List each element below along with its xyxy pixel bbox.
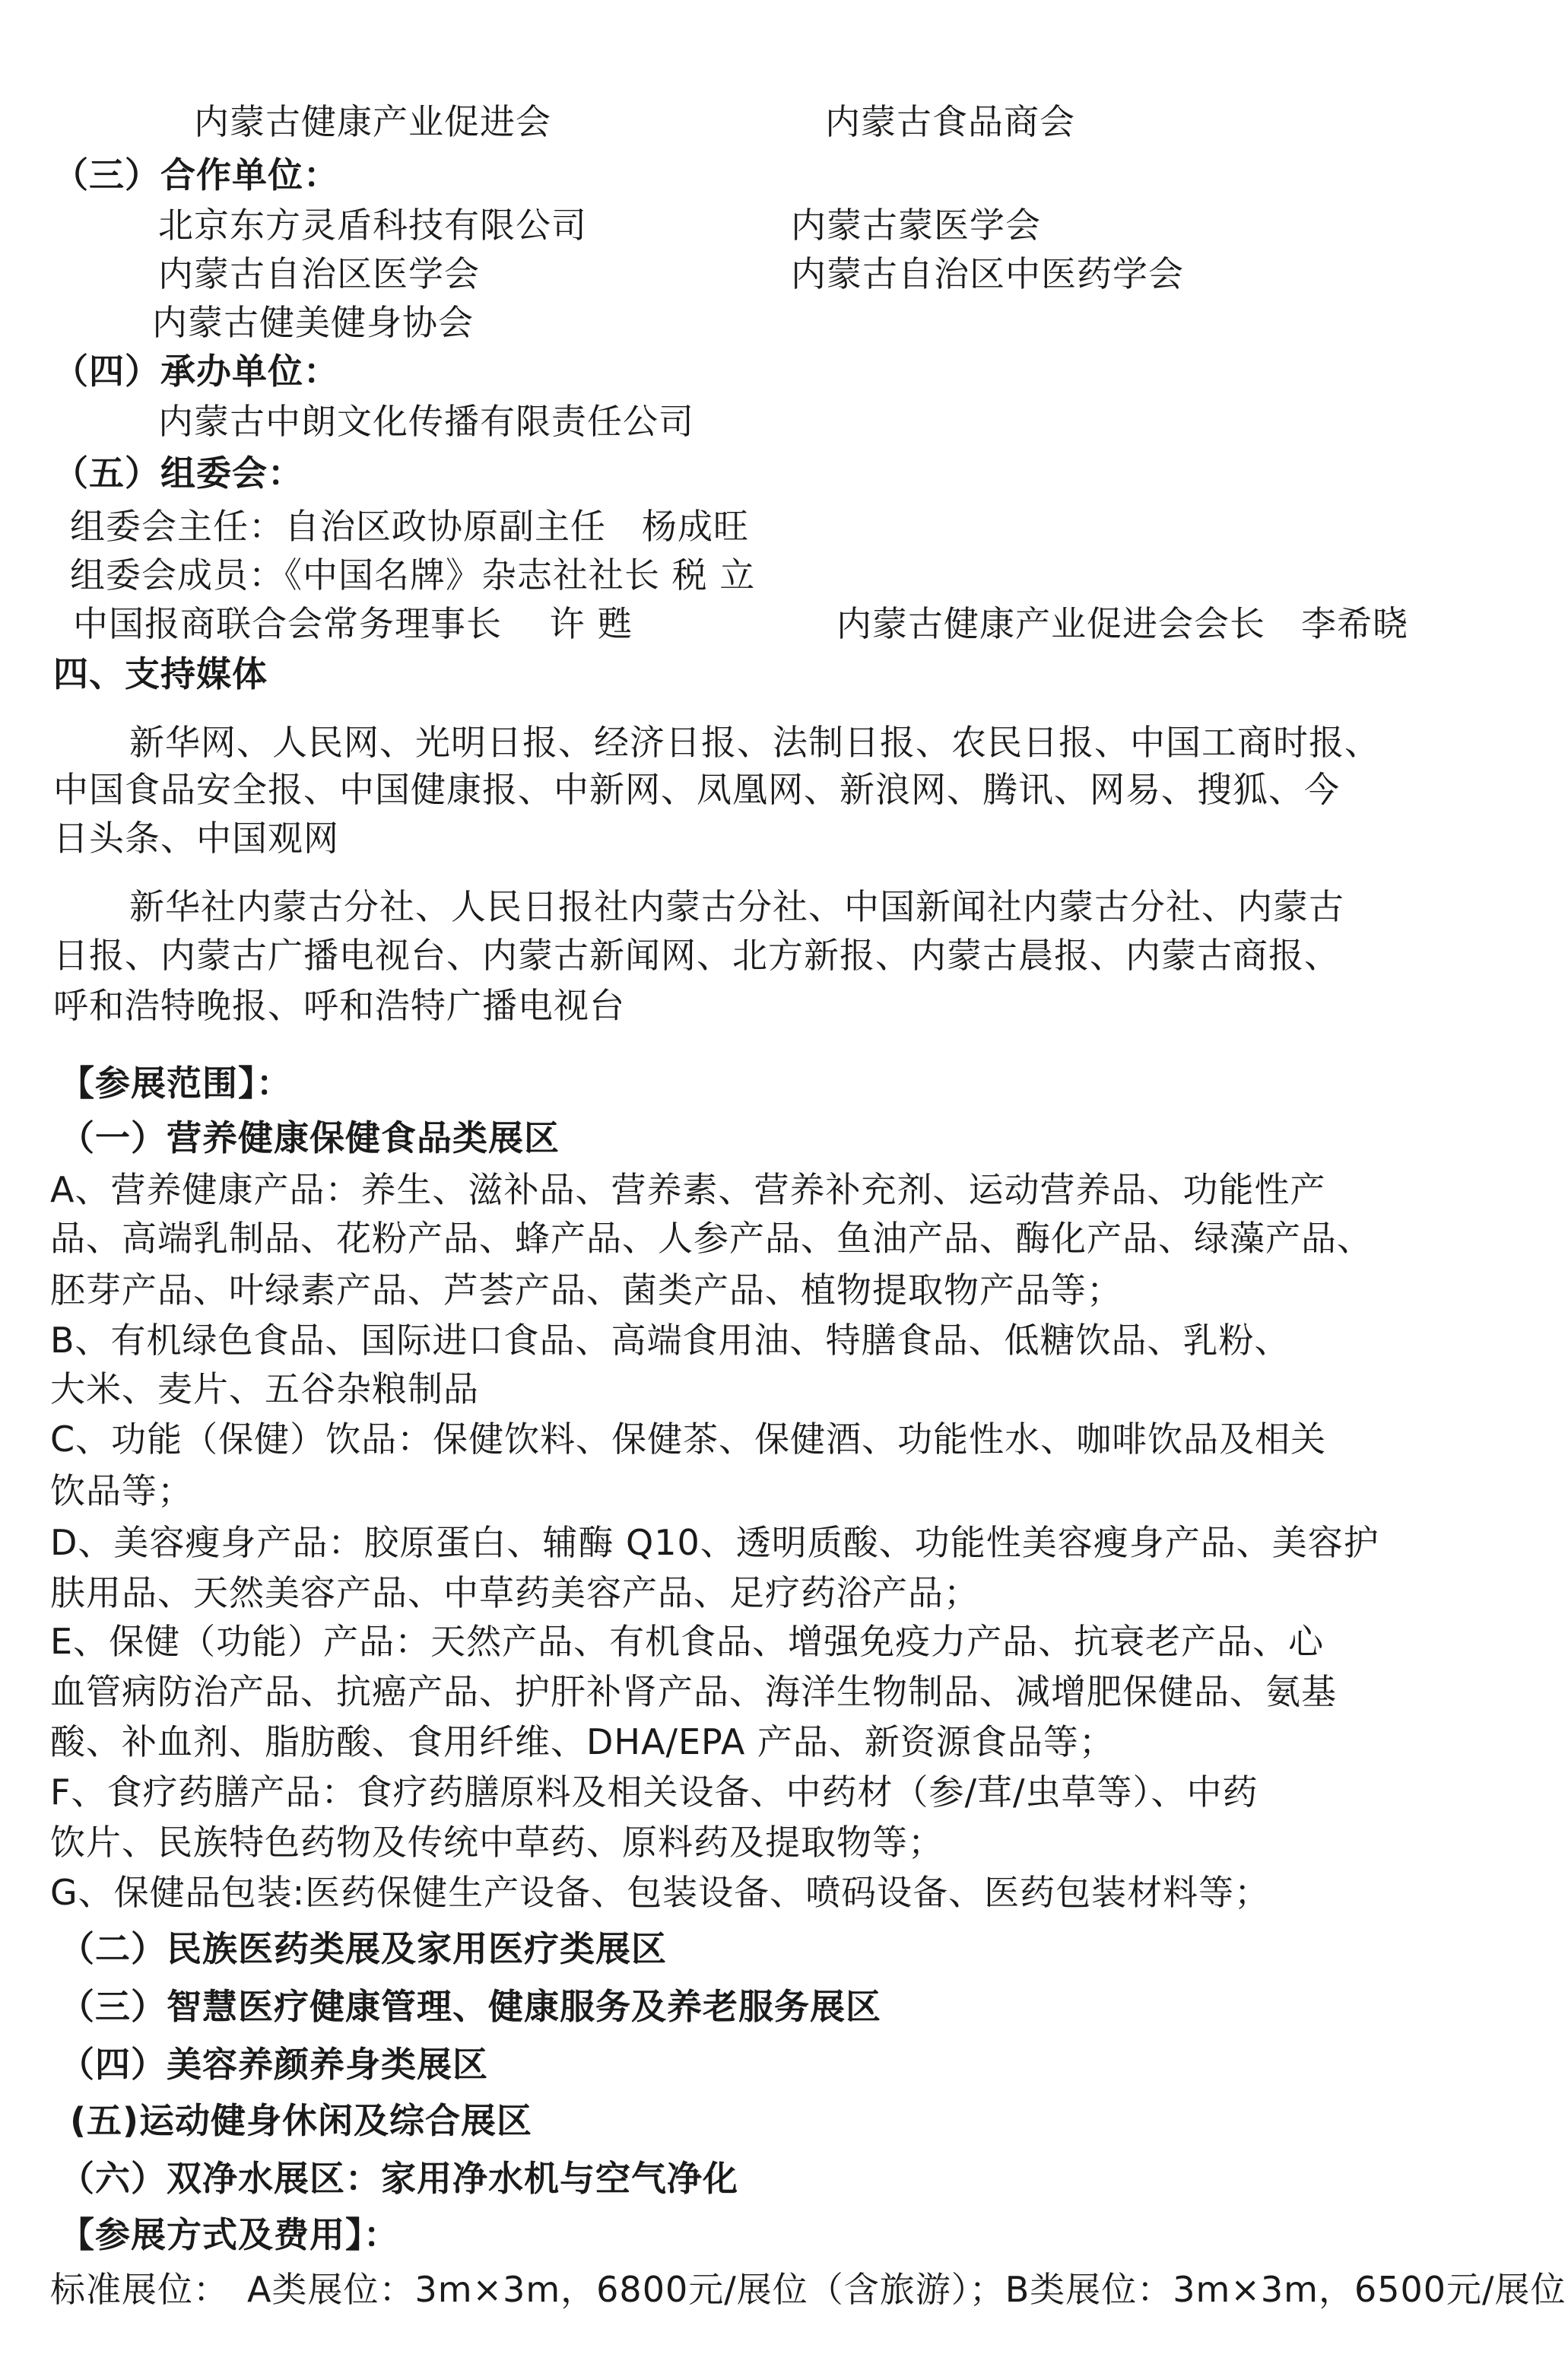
cooperating-unit-item: 内蒙古健美健身协会 — [152, 300, 474, 345]
committee-member: 内蒙古健康产业促进会会长 李希晓 — [836, 601, 1408, 647]
undertaking-unit-item: 内蒙古中朗文化传播有限责任公司 — [158, 399, 694, 444]
committee-member: 组委会成员：《中国名牌》杂志社社长 税 立 — [70, 552, 755, 598]
section-heading-fees: 【参展方式及费用】： — [59, 2212, 399, 2258]
section-heading-exhibit-scope: 【参展范围】： — [59, 1060, 292, 1106]
media-paragraph-line: 日头条、中国观网 — [53, 815, 339, 861]
organizer-item: 内蒙古健康产业促进会 — [194, 99, 551, 145]
media-paragraph-line: 呼和浩特晚报、呼和浩特广播电视台 — [53, 983, 625, 1028]
standard-booth-pricing: 标准展位： A类展位：3m×3m，6800元/展位（含旅游）；B类展位：3m×3… — [50, 2267, 1566, 2312]
zone-heading: (五)运动健身休闲及综合展区 — [70, 2098, 532, 2143]
media-paragraph-line: 新华网、人民网、光明日报、经济日报、法制日报、农民日报、中国工商时报、 — [129, 720, 1380, 765]
zone-heading: （三）智慧医疗健康管理、健康服务及养老服务展区 — [59, 1984, 881, 2029]
committee-member: 中国报商联合会常务理事长 许 甦 — [73, 601, 633, 647]
zone-detail-line: G、保健品包装:医药保健生产设备、包装设备、喷码设备、医药包装材料等； — [50, 1870, 1270, 1915]
cooperating-unit-item: 内蒙古自治区医学会 — [158, 251, 480, 297]
section-heading-undertaking-unit: （四）承办单位： — [53, 348, 339, 394]
zone-detail-line: B、有机绿色食品、国际进口食品、高端食用油、特膳食品、低糖饮品、乳粉、 — [50, 1317, 1290, 1363]
cooperating-unit-item: 北京东方灵盾科技有限公司 — [158, 202, 587, 248]
zone-heading: （四）美容养颜养身类展区 — [59, 2041, 488, 2087]
zone-detail-line: 饮片、民族特色药物及传统中草药、原料药及提取物等； — [50, 1819, 944, 1865]
committee-director: 组委会主任：自治区政协原副主任 杨成旺 — [70, 504, 749, 549]
zone-detail-line: 血管病防治产品、抗癌产品、护肝补肾产品、海洋生物制品、减增肥保健品、氨基 — [50, 1669, 1337, 1714]
media-paragraph-line: 中国食品安全报、中国健康报、中新网、凤凰网、新浪网、腾讯、网易、搜狐、今 — [53, 767, 1340, 812]
zone-detail-line: 酸、补血剂、脂肪酸、食用纤维、DHA/EPA 产品、新资源食品等； — [50, 1719, 1115, 1765]
zone-detail-line: C、功能（保健）饮品：保健饮料、保健茶、保健酒、功能性水、咖啡饮品及相关 — [50, 1416, 1326, 1462]
zone-detail-line: F、食疗药膳产品：食疗药膳原料及相关设备、中药材（参/茸/虫草等）、中药 — [50, 1769, 1258, 1815]
zone-detail-line: 胚芽产品、叶绿素产品、芦荟产品、菌类产品、植物提取物产品等； — [50, 1267, 1122, 1313]
zone-heading: （一）营养健康保健食品类展区 — [59, 1115, 560, 1161]
cooperating-unit-item: 内蒙古自治区中医药学会 — [791, 251, 1184, 297]
cooperating-unit-item: 内蒙古蒙医学会 — [791, 202, 1041, 248]
section-heading-supporting-media: 四、支持媒体 — [53, 651, 268, 697]
zone-detail-line: A、营养健康产品：养生、滋补品、营养素、营养补充剂、运动营养品、功能性产 — [50, 1167, 1325, 1212]
zone-heading: （六）双净水展区：家用净水机与空气净化 — [59, 2156, 738, 2201]
zone-heading: （二）民族医药类展及家用医疗类展区 — [59, 1926, 667, 1972]
media-paragraph-line: 日报、内蒙古广播电视台、内蒙古新闻网、北方新报、内蒙古晨报、内蒙古商报、 — [53, 933, 1340, 978]
section-heading-cooperating-units: （三）合作单位： — [53, 152, 339, 198]
zone-detail-line: E、保健（功能）产品：天然产品、有机食品、增强免疫力产品、抗衰老产品、心 — [50, 1619, 1324, 1664]
media-paragraph-line: 新华社内蒙古分社、人民日报社内蒙古分社、中国新闻社内蒙古分社、内蒙古 — [129, 884, 1344, 929]
zone-detail-line: 大米、麦片、五谷杂粮制品 — [50, 1366, 479, 1412]
organizer-item: 内蒙古食品商会 — [825, 99, 1075, 145]
zone-detail-line: 饮品等； — [50, 1468, 193, 1514]
zone-detail-line: 品、高端乳制品、花粉产品、蜂产品、人参产品、鱼油产品、酶化产品、绿藻产品、 — [50, 1215, 1373, 1261]
zone-detail-line: 肤用品、天然美容产品、中草药美容产品、足疗药浴产品； — [50, 1570, 979, 1616]
section-heading-organizing-committee: （五）组委会： — [53, 450, 303, 496]
zone-detail-line: D、美容瘦身产品：胶原蛋白、辅酶 Q10、透明质酸、功能性美容瘦身产品、美容护 — [50, 1520, 1379, 1565]
